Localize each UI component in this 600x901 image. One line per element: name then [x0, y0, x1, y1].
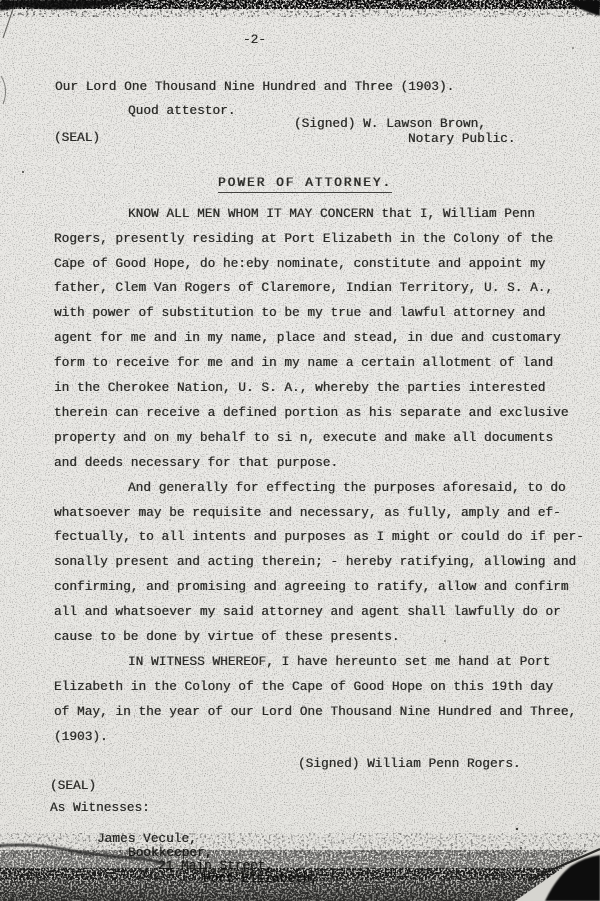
notary-year-line: Our Lord One Thousand Nine Hundred and T…	[55, 80, 454, 93]
page-number: -2-	[243, 33, 266, 46]
poa-body-line: Rogers, presently residing at Port Eliza…	[54, 232, 553, 245]
poa-body-line: property and on my behalf to si n, execu…	[54, 431, 553, 444]
poa-body-line: father, Clem Van Rogers of Claremore, In…	[54, 281, 553, 294]
poa-body-line: whatsoever may be requisite and necessar…	[54, 506, 561, 519]
witness-line: Port Elizabeth,	[203, 872, 318, 885]
poa-body-line: cause to be done by virtue of these pres…	[54, 630, 400, 643]
poa-body-line: fectually, to all intents and purposes a…	[54, 530, 584, 543]
notary-signature-title: Notary Public.	[408, 132, 516, 145]
poa-body-line: KNOW ALL MEN WHOM IT MAY CONCERN that I,…	[128, 207, 535, 220]
notary-signature: (Signed) W. Lawson Brown,	[294, 117, 486, 130]
scanned-document-page: -2- Our Lord One Thousand Nine Hundred a…	[0, 0, 600, 901]
notary-seal-label: (SEAL)	[54, 131, 100, 144]
poa-signature: (Signed) William Penn Rogers.	[298, 757, 521, 770]
poa-body-line: IN WITNESS WHEREOF, I have hereunto set …	[128, 655, 550, 668]
poa-body-line: (1903).	[54, 730, 108, 743]
poa-body-line: therein can receive a defined portion as…	[54, 406, 569, 419]
poa-body-line: Elizabeth in the Colony of the Cape of G…	[54, 680, 553, 693]
poa-body-line: of May, in the year of our Lord One Thou…	[54, 705, 576, 718]
poa-body-line: with power of substitution to be my true…	[54, 306, 545, 319]
poa-body-line: And generally for effecting the purposes…	[128, 481, 566, 494]
poa-body-line: all and whatsoever my said attorney and …	[54, 605, 561, 618]
witness-line: James Vecule,	[97, 832, 197, 845]
poa-body-line: and deeds necessary for that purpose.	[54, 456, 338, 469]
poa-body-line: Cape of Good Hope, do he:eby nominate, c…	[54, 257, 545, 270]
poa-body-line: agent for me and in my name, place and s…	[54, 331, 561, 344]
poa-body-line: confirming, and promising and agreeing t…	[54, 580, 569, 593]
poa-witness-heading: As Witnesses:	[50, 801, 150, 814]
poa-body-line: in the Cherokee Nation, U. S. A., whereb…	[54, 381, 545, 394]
poa-body-line: sonally present and acting therein; - he…	[54, 555, 576, 568]
notary-attestation: Quod attestor.	[128, 104, 236, 117]
poa-seal-label: (SEAL)	[50, 779, 96, 792]
document-text-layer: -2- Our Lord One Thousand Nine Hundred a…	[0, 0, 600, 901]
poa-heading: POWER OF ATTORNEY.	[218, 176, 392, 193]
poa-body-line: form to receive for me and in my name a …	[54, 356, 553, 369]
